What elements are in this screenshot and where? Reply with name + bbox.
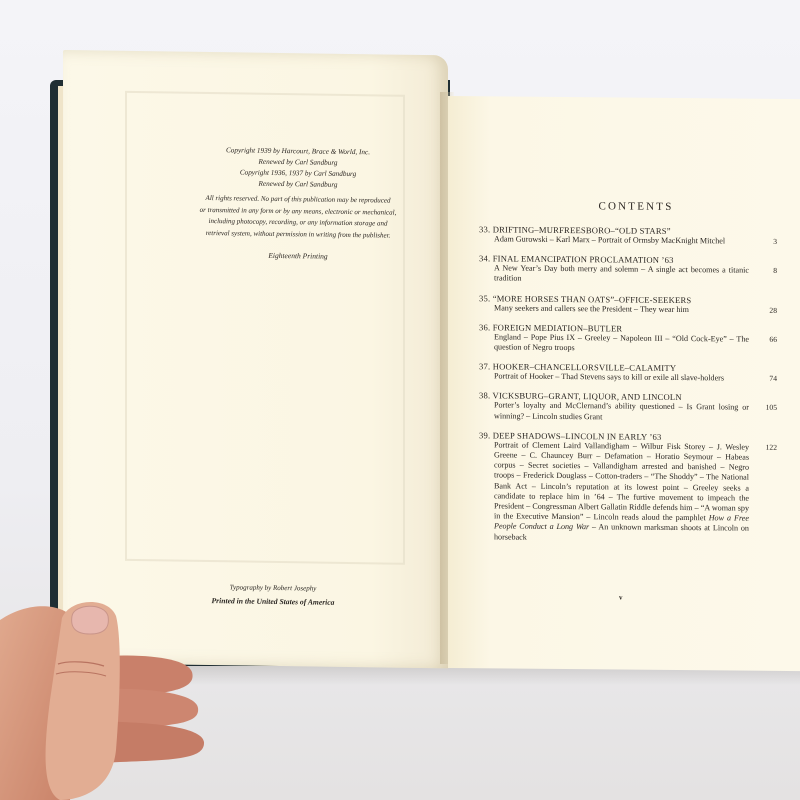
toc-page-number: 74: [769, 374, 777, 383]
copyright-page: Copyright 1939 by Harcourt, Brace & Worl…: [63, 50, 448, 668]
copyright-block: Copyright 1939 by Harcourt, Brace & Worl…: [148, 144, 448, 263]
rights-notice: All rights reserved. No part of this pub…: [148, 192, 448, 242]
toc-page-number: 28: [769, 305, 777, 314]
toc-entry: 33. DRIFTING–MURFREESBORO–“OLD STARS” Ad…: [479, 224, 779, 247]
toc-entry: 39. DEEP SHADOWS–LINCOLN IN EARLY ’63 Po…: [479, 430, 779, 545]
toc-entry: 36. FOREIGN MEDIATION–BUTLER England – P…: [479, 322, 779, 355]
contents-title: CONTENTS: [576, 200, 696, 213]
toc-description: Portrait of Clement Laird Vallandigham –…: [479, 440, 779, 545]
photo-scene: Copyright 1939 by Harcourt, Brace & Worl…: [0, 0, 800, 800]
toc-description: Porter’s loyalty and McClernand’s abilit…: [479, 401, 779, 424]
toc-page-number: 3: [773, 237, 777, 246]
toc-entry: 34. FINAL EMANCIPATION PROCLAMATION ’63 …: [479, 253, 779, 286]
toc-page-number: 122: [766, 443, 777, 452]
contents-page: CONTENTS 33. DRIFTING–MURFREESBORO–“OLD …: [448, 96, 800, 671]
toc-description: Adam Gurowski – Karl Marx – Portrait of …: [479, 234, 779, 247]
toc-page-number: 105: [766, 403, 777, 412]
hand-holding-book: [0, 590, 220, 800]
toc-entry: 38. VICKSBURG–GRANT, LIQUOR, AND LINCOLN…: [479, 391, 779, 424]
toc-entry: 35. “MORE HORSES THAN OATS”–OFFICE-SEEKE…: [479, 293, 779, 316]
toc-page-number: 66: [769, 335, 777, 344]
page-marker: v: [619, 593, 623, 601]
table-of-contents: 33. DRIFTING–MURFREESBORO–“OLD STARS” Ad…: [479, 224, 779, 553]
toc-description: Many seekers and callers see the Preside…: [479, 303, 779, 316]
toc-description: Portrait of Hooker – Thad Stevens says t…: [479, 371, 779, 384]
toc-entry: 37. HOOKER–CHANCELLORSVILLE–CALAMITY Por…: [479, 361, 779, 384]
toc-description: A New Year’s Day both merry and solemn –…: [479, 263, 779, 286]
toc-page-number: 8: [773, 266, 777, 275]
toc-description: England – Pope Pius IX – Greeley – Napol…: [479, 332, 779, 355]
